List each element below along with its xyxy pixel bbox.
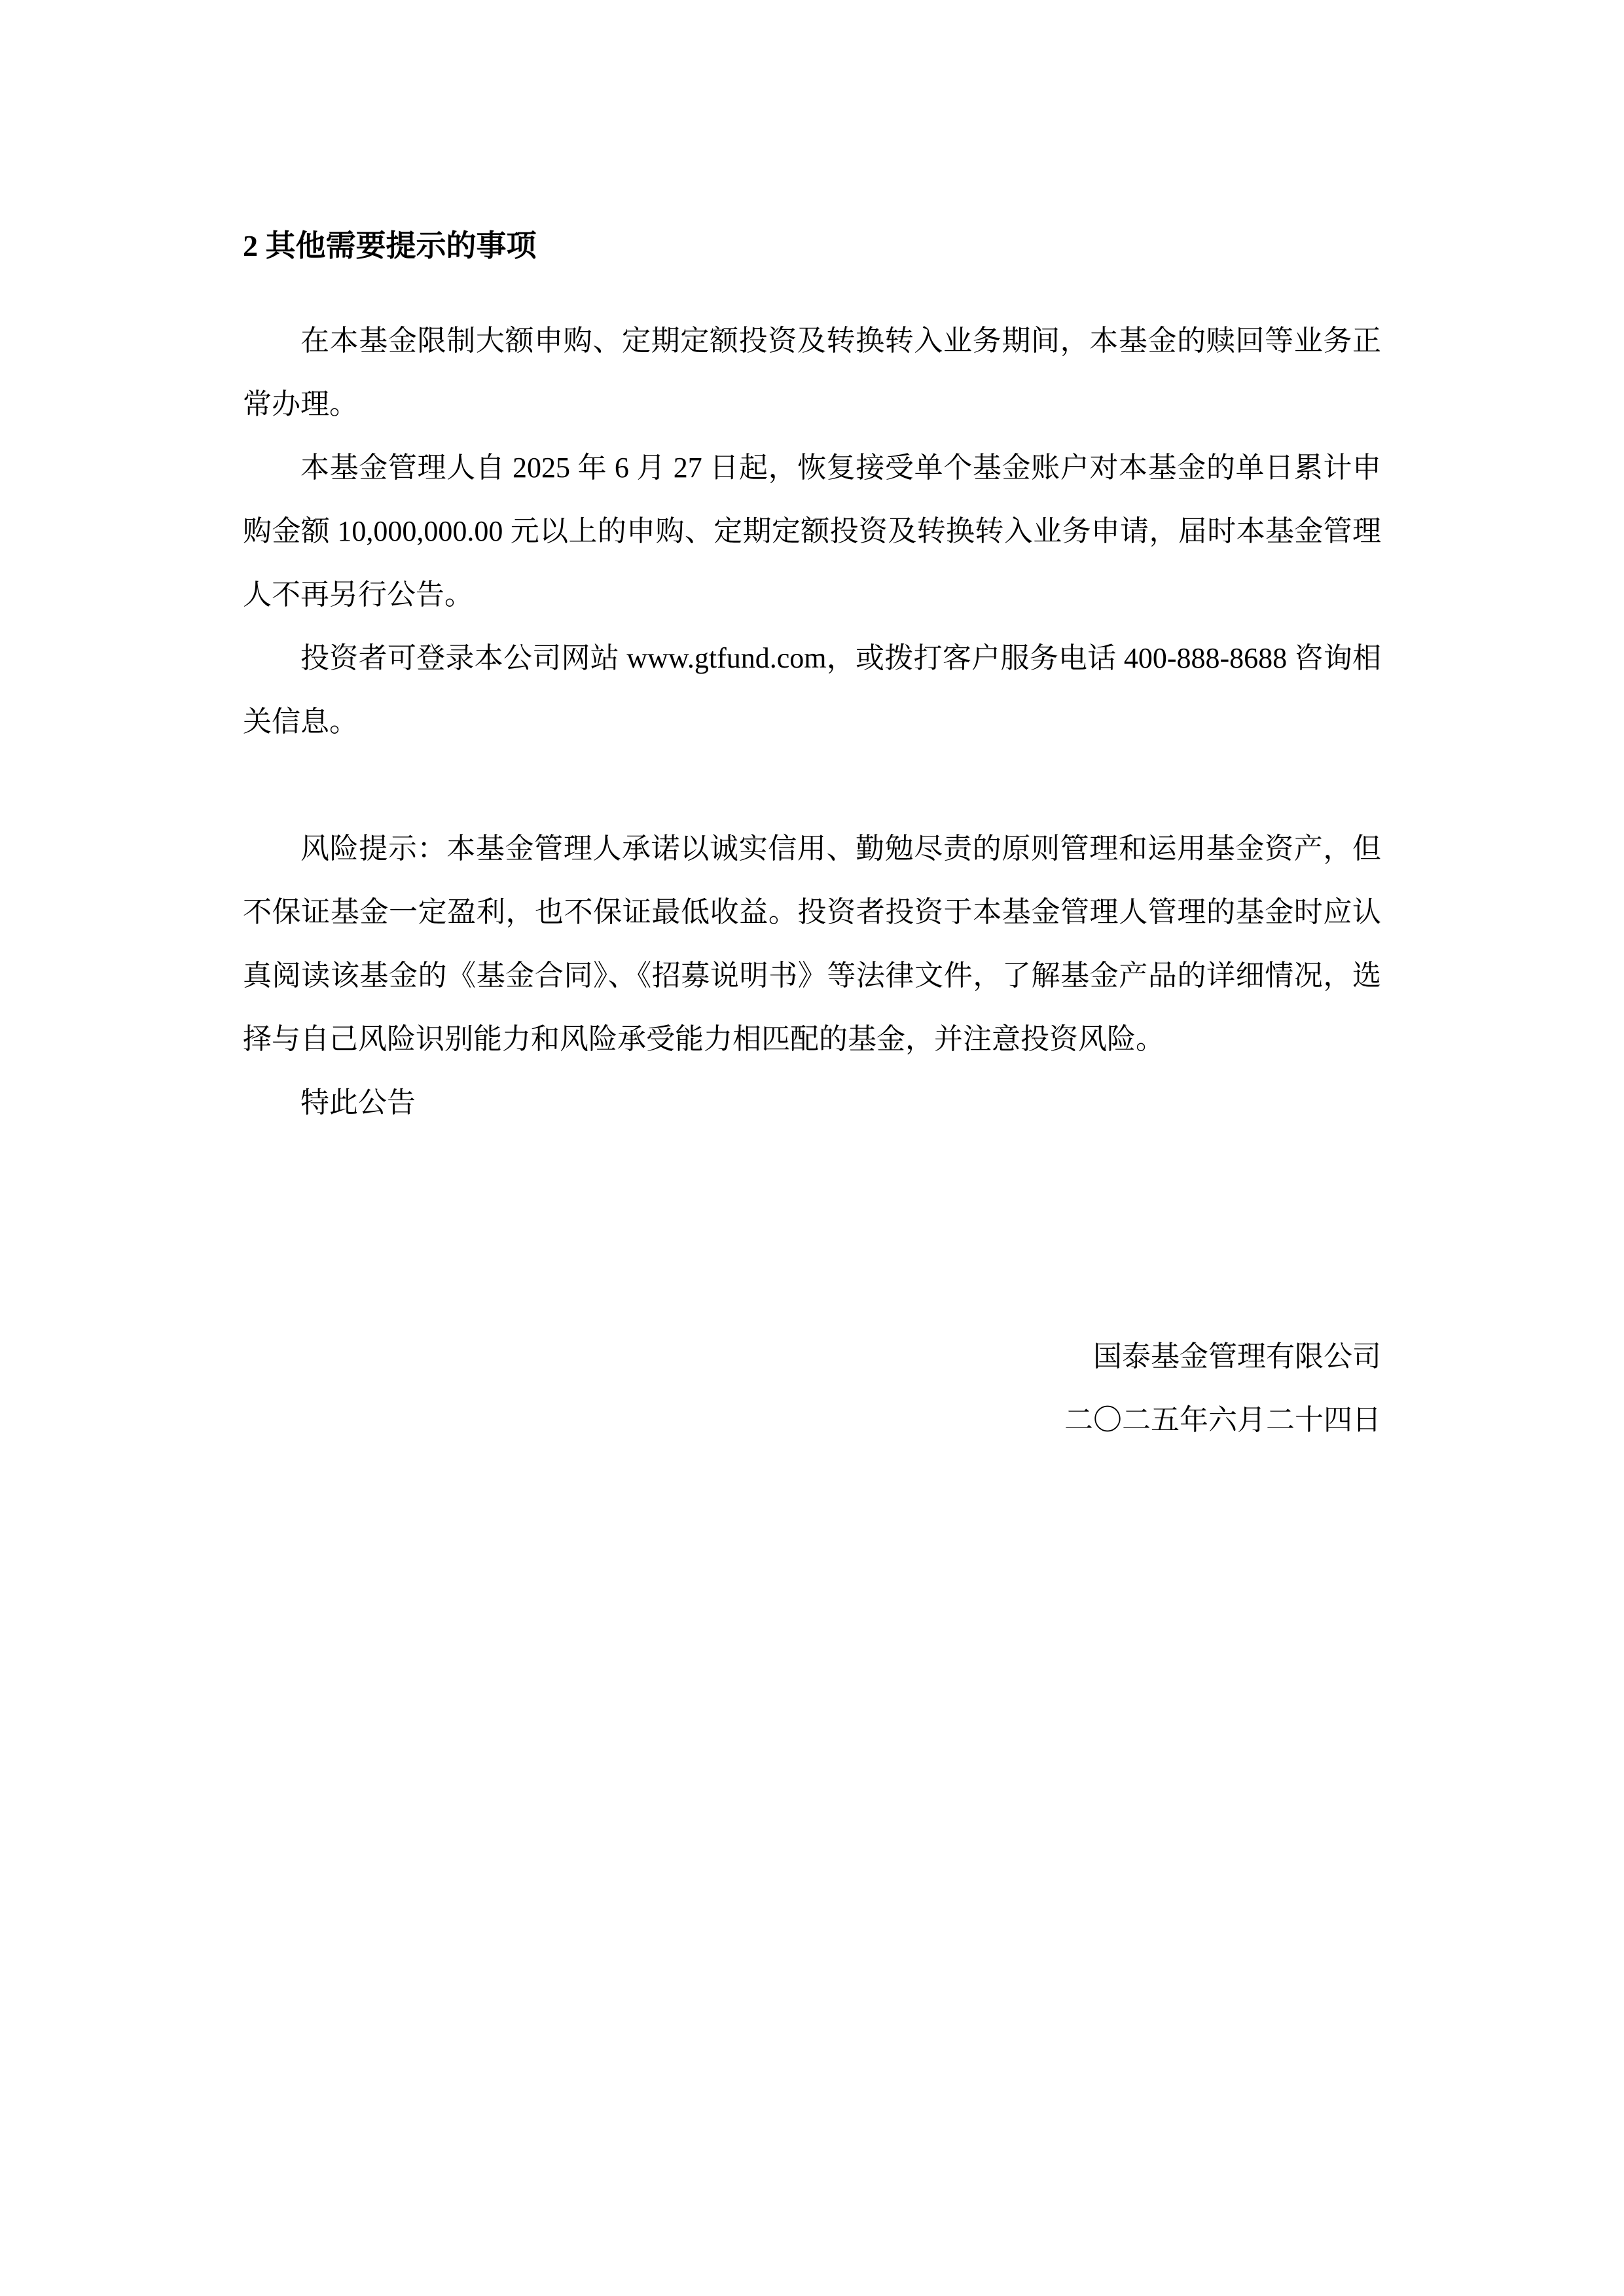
signature-date: 二〇二五年六月二十四日 (243, 1388, 1381, 1452)
paragraph-risk-notice: 风险提示：本基金管理人承诺以诚实信用、勤勉尽责的原则管理和运用基金资产，但不保证… (243, 817, 1381, 1071)
closing-statement: 特此公告 (243, 1071, 1381, 1134)
announcement-page: 2 其他需要提示的事项 在本基金限制大额申购、定期定额投资及转换转入业务期间，本… (0, 0, 1624, 2296)
paragraph-redemption-normal: 在本基金限制大额申购、定期定额投资及转换转入业务期间，本基金的赎回等业务正常办理… (243, 309, 1381, 436)
section-heading: 2 其他需要提示的事项 (243, 214, 1381, 278)
paragraph-resume-subscription: 本基金管理人自 2025 年 6 月 27 日起，恢复接受单个基金账户对本基金的… (243, 436, 1381, 626)
signature-company: 国泰基金管理有限公司 (243, 1325, 1381, 1388)
signature-block: 国泰基金管理有限公司 二〇二五年六月二十四日 (243, 1325, 1381, 1452)
paragraph-contact-info: 投资者可登录本公司网站 www.gtfund.com，或拨打客户服务电话 400… (243, 626, 1381, 753)
